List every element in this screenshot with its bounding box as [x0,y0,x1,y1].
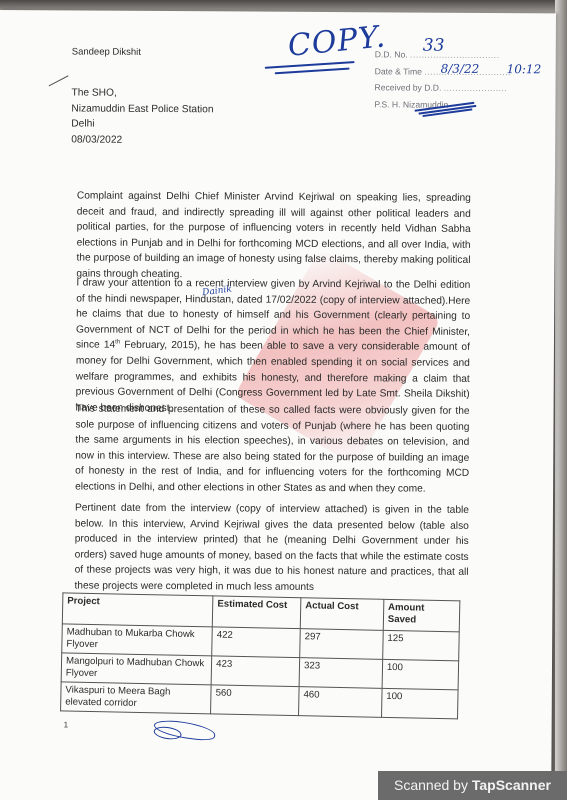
received-by-label: Received by D.D. [375,82,442,92]
date-time-row: Date & Time ............................… [375,63,511,80]
actual-cost-cell: 323 [299,658,382,689]
recipient-line: Nizamuddin East Police Station [71,101,213,117]
recipient-address: The SHO, Nizamuddin East Police Station … [71,85,214,148]
time-value: 10:12 [507,61,542,78]
tapscanner-watermark-badge: Scanned by TapScanner [378,771,567,800]
projects-cost-table: Project Estimated Cost Actual Cost Amoun… [60,592,460,719]
document-page: Sandeep Dikshit COPY. D.D. No. .........… [0,10,556,800]
paragraph-interview: I draw your attention to a recent interv… [76,275,471,418]
amount-saved-cell: 100 [381,688,458,719]
page-number: 1 [64,720,69,729]
column-header: Amount Saved [383,599,460,632]
column-header: Estimated Cost [212,596,300,629]
copy-handwritten-mark: COPY. [286,19,387,63]
amount-saved-cell: 100 [382,659,459,690]
estimated-cost-cell: 422 [212,627,300,658]
scan-background-right [555,0,567,800]
project-name-cell: Vikaspuri to Meera Bagh elevated corrido… [61,682,212,714]
project-name-cell: Mangolpuri to Madhuban Chowk Flyover [61,653,212,685]
paragraph-subject: Complaint against Delhi Chief Minister A… [76,188,471,284]
project-name-cell: Madhuban to Mukarba Chowk Flyover [62,624,213,656]
date-value: 8/3/22 [441,60,480,77]
actual-cost-cell: 460 [299,687,382,718]
recipient-line: Delhi [71,116,213,132]
paragraph-pertinent-data: Pertinent date from the interview (copy … [74,500,469,596]
estimated-cost-cell: 423 [211,656,299,687]
pen-tick-mark [49,75,69,86]
sender-name: Sandeep Dikshit [72,44,141,60]
column-header: Actual Cost [300,598,383,631]
dd-number-label: D.D. No. [375,49,408,59]
copy-underline [275,68,350,75]
recipient-line: The SHO, [71,85,213,101]
column-header: Project [62,593,213,627]
police-receipt-stamp: D.D. No. ...............................… [374,46,511,113]
received-by-row: Received by D.D. ...................... [374,79,510,96]
paragraph-statement: This statement and presentation of these… [75,401,470,497]
estimated-cost-cell: 560 [211,685,299,716]
dd-number-value: 33 [423,38,445,55]
date-time-label: Date & Time [375,66,422,76]
letter-date: 08/03/2022 [71,132,213,148]
actual-cost-cell: 297 [300,629,383,660]
tapscanner-brand: TapScanner [472,777,551,793]
psh-row: P.S. H. Nizamuddin [374,96,510,113]
amount-saved-cell: 125 [383,630,460,661]
